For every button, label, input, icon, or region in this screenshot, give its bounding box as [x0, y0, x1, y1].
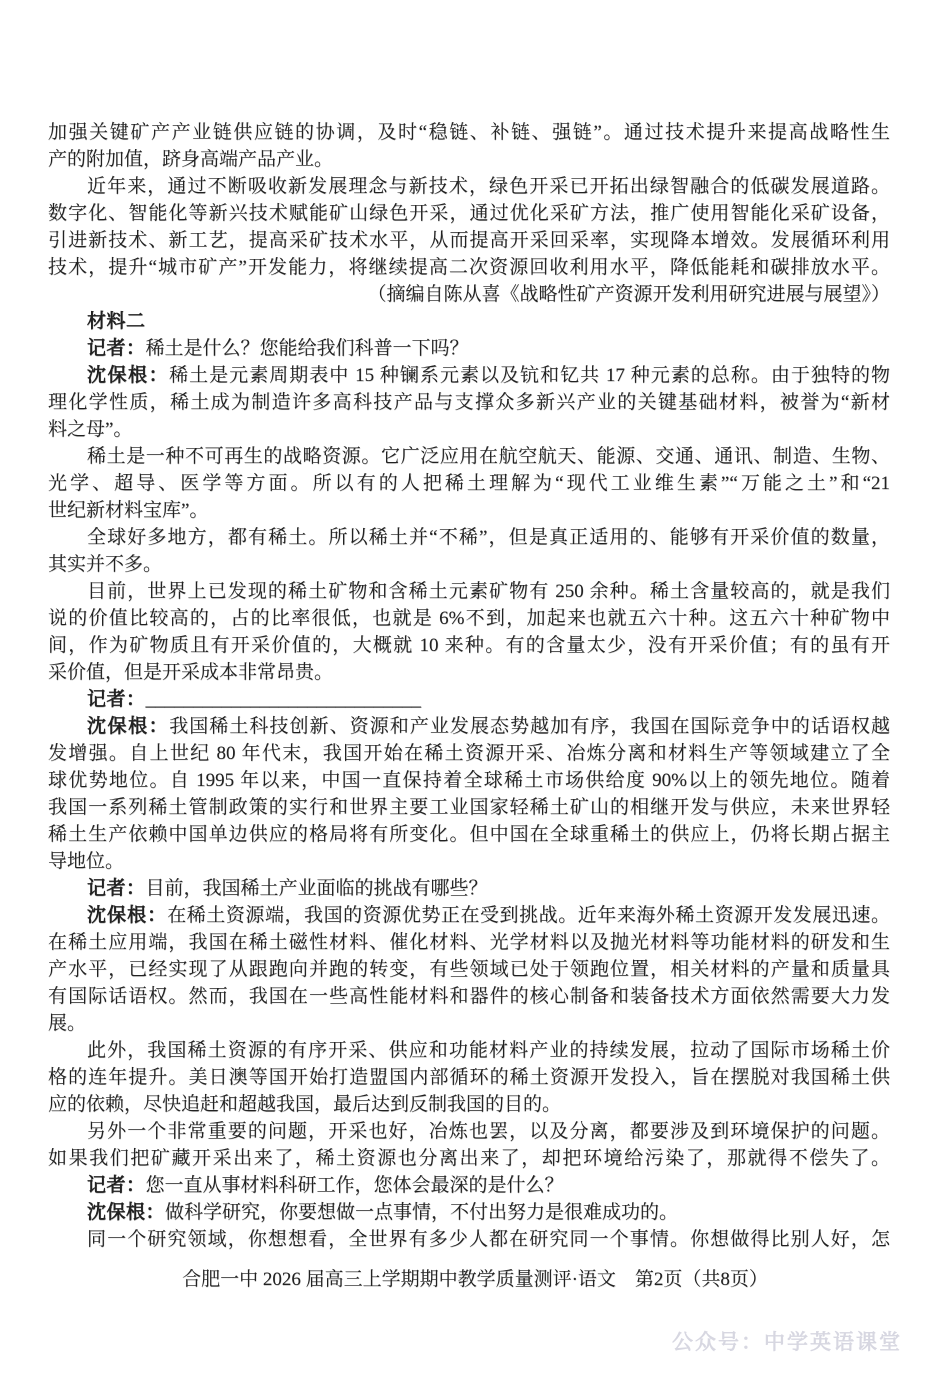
line-text: 我国一系列稀土管制政策的实行和世界主要工业国家轻稀土矿山的相继开发与供应，未来世…	[48, 797, 890, 818]
line-text: 世纪新材料宝库”。	[48, 500, 208, 521]
speaker-label: 沈保根：	[87, 716, 169, 737]
line-text: 目前，我国稀土产业面临的挑战有哪些？	[146, 878, 488, 899]
text-line: 世纪新材料宝库”。	[48, 497, 890, 524]
speaker-label: 记者：	[87, 689, 146, 710]
exam-page: 加强关键矿产产业链供应链的协调，及时“稳链、补链、强链”。通过技术提升来提高战略…	[0, 0, 950, 1376]
page-footer: 合肥一中 2026 届高三上学期期中教学质量测评·语文 第2页（共8页）	[0, 1266, 950, 1293]
line-text: 其实并不多。	[48, 554, 162, 575]
line-text: 稀土是元素周期表中 15 种镧系元素以及钪和钇共 17 种元素的总称。由于独特的…	[169, 365, 890, 386]
speaker-label: 沈保根：	[87, 365, 169, 386]
line-text: 您一直从事材料科研工作，您体会最深的是什么？	[146, 1175, 564, 1196]
line-text: 另外一个非常重要的问题，开采也好，冶炼也罢，以及分离，都要涉及到环境保护的问题。	[87, 1121, 890, 1142]
line-text: 格的连年提升。美日澳等国开始打造盟国内部循环的稀土资源开发投入，旨在摆脱对我国稀…	[48, 1067, 890, 1088]
text-line: 其实并不多。	[48, 551, 890, 578]
line-text: 球优势地位。自 1995 年以来，中国一直保持着全球稀土市场供给度 90%以上的…	[48, 770, 890, 791]
text-line: 同一个研究领域，你想想看，全世界有多少人都在研究同一个事情。你想做得比别人好，怎	[48, 1226, 890, 1253]
text-line: 稀土生产依赖中国单边供应的格局将有所变化。但中国在全球重稀土的供应上，仍将长期占…	[48, 821, 890, 848]
text-line: 引进新技术、新工艺，提高采矿技术水平，从而提高开采回采率，实现降本增效。发展循环…	[48, 227, 890, 254]
line-text: 技术，提升“城市矿产”开发能力，将继续提高二次资源回收利用水平，降低能耗和碳排放…	[48, 257, 890, 278]
text-line: 采价值，但是开采成本非常昂贵。	[48, 659, 890, 686]
text-line: 沈保根：在稀土资源端，我国的资源优势正在受到挑战。近年来海外稀土资源开发发展迅速…	[48, 902, 890, 929]
watermark: 公众号：中学英语课堂	[672, 1326, 932, 1356]
line-text: _____________________________	[146, 689, 422, 710]
text-line: 说的价值比较高的，占的比率很低，也就是 6%不到，加起来也就五六十种。这五六十种…	[48, 605, 890, 632]
line-text: 稀土是一种不可再生的战略资源。它广泛应用在航空航天、能源、交通、通讯、制造、生物…	[87, 446, 890, 467]
line-text: 稀土生产依赖中国单边供应的格局将有所变化。但中国在全球重稀土的供应上，仍将长期占…	[48, 824, 890, 845]
line-text: 导地位。	[48, 851, 124, 872]
text-line: 技术，提升“城市矿产”开发能力，将继续提高二次资源回收利用水平，降低能耗和碳排放…	[48, 254, 890, 281]
speaker-label: 材料二	[87, 311, 146, 332]
text-line: 如果我们把矿藏开采出来了，稀土资源也分离出来了，却把环境给污染了，那就得不偿失了…	[48, 1145, 890, 1172]
text-line: 全球好多地方，都有稀土。所以稀土并“不稀”，但是真正适用的、能够有开采价值的数量…	[48, 524, 890, 551]
text-line: 近年来，通过不断吸收新发展理念与新技术，绿色开采已开拓出绿智融合的低碳发展道路。	[48, 173, 890, 200]
line-text: 同一个研究领域，你想想看，全世界有多少人都在研究同一个事情。你想做得比别人好，怎	[87, 1229, 890, 1250]
line-text: 展。	[48, 1013, 86, 1034]
text-line: 应的依赖，尽快追赶和超越我国，最后达到反制我国的目的。	[48, 1091, 890, 1118]
line-text: 在稀土资源端，我国的资源优势正在受到挑战。近年来海外稀土资源开发发展迅速。	[167, 905, 890, 926]
speaker-label: 沈保根：	[87, 1202, 165, 1223]
text-line: 沈保根：稀土是元素周期表中 15 种镧系元素以及钪和钇共 17 种元素的总称。由…	[48, 362, 890, 389]
line-text: 产的附加值，跻身高端产品产业。	[48, 149, 333, 170]
text-line: （摘编自陈从喜《战略性矿产资源开发利用研究进展与展望》）	[48, 281, 890, 308]
text-line: 沈保根：做科学研究，你要想做一点事情，不付出努力是很难成功的。	[48, 1199, 890, 1226]
text-line: 记者：您一直从事材料科研工作，您体会最深的是什么？	[48, 1172, 890, 1199]
line-text: 此外，我国稀土资源的有序开采、供应和功能材料产业的持续发展，拉动了国际市场稀土价	[87, 1040, 890, 1061]
line-text: 目前，世界上已发现的稀土矿物和含稀土元素矿物有 250 余种。稀土含量较高的，就…	[87, 581, 890, 602]
text-line: 理化学性质，稀土成为制造许多高科技产品与支撑众多新兴产业的关键基础材料，被誉为“…	[48, 389, 890, 416]
line-text: 在稀土应用端，我国在稀土磁性材料、催化材料、光学材料以及抛光材料等功能材料的研发…	[48, 932, 890, 953]
line-text: 有国际话语权。然而，我国在一些高性能材料和器件的核心制备和装备技术方面依然需要大…	[48, 986, 890, 1007]
text-line: 产水平，已经实现了从跟跑向并跑的转变，有些领域已处于领跑位置，相关材料的产量和质…	[48, 956, 890, 983]
line-text: 产水平，已经实现了从跟跑向并跑的转变，有些领域已处于领跑位置，相关材料的产量和质…	[48, 959, 890, 980]
text-line: 间，作为矿物质且有开采价值的，大概就 10 来种。有的含量太少，没有开采价值；有…	[48, 632, 890, 659]
line-text: 全球好多地方，都有稀土。所以稀土并“不稀”，但是真正适用的、能够有开采价值的数量…	[87, 527, 890, 548]
speaker-label: 记者：	[87, 878, 146, 899]
text-line: 我国一系列稀土管制政策的实行和世界主要工业国家轻稀土矿山的相继开发与供应，未来世…	[48, 794, 890, 821]
line-text: 如果我们把矿藏开采出来了，稀土资源也分离出来了，却把环境给污染了，那就得不偿失了…	[48, 1148, 890, 1169]
line-text: 采价值，但是开采成本非常昂贵。	[48, 662, 333, 683]
line-text: 光学、超导、医学等方面。所以有的人把稀土理解为“现代工业维生素”“万能之土”和“…	[48, 473, 890, 494]
text-line: 导地位。	[48, 848, 890, 875]
text-line: 数字化、智能化等新兴技术赋能矿山绿色开采，通过优化采矿方法，推广使用智能化采矿设…	[48, 200, 890, 227]
text-line: 目前，世界上已发现的稀土矿物和含稀土元素矿物有 250 余种。稀土含量较高的，就…	[48, 578, 890, 605]
line-text: 近年来，通过不断吸收新发展理念与新技术，绿色开采已开拓出绿智融合的低碳发展道路。	[87, 176, 890, 197]
line-text: 稀土是什么？您能给我们科普一下吗？	[146, 338, 469, 359]
line-text: 料之母”。	[48, 419, 132, 440]
line-text: 应的依赖，尽快追赶和超越我国，最后达到反制我国的目的。	[48, 1094, 561, 1115]
text-line: 发增强。自上世纪 80 年代末，我国开始在稀土资源开采、冶炼分离和材料生产等领域…	[48, 740, 890, 767]
line-text: 间，作为矿物质且有开采价值的，大概就 10 来种。有的含量太少，没有开采价值；有…	[48, 635, 890, 656]
text-line: 记者：目前，我国稀土产业面临的挑战有哪些？	[48, 875, 890, 902]
text-line: 另外一个非常重要的问题，开采也好，冶炼也罢，以及分离，都要涉及到环境保护的问题。	[48, 1118, 890, 1145]
line-text: 引进新技术、新工艺，提高采矿技术水平，从而提高开采回采率，实现降本增效。发展循环…	[48, 230, 890, 251]
document-body: 加强关键矿产产业链供应链的协调，及时“稳链、补链、强链”。通过技术提升来提高战略…	[48, 119, 890, 1253]
line-text: 数字化、智能化等新兴技术赋能矿山绿色开采，通过优化采矿方法，推广使用智能化采矿设…	[48, 203, 890, 224]
text-line: 记者：_____________________________	[48, 686, 890, 713]
text-line: 光学、超导、医学等方面。所以有的人把稀土理解为“现代工业维生素”“万能之土”和“…	[48, 470, 890, 497]
speaker-label: 记者：	[87, 1175, 146, 1196]
text-line: 球优势地位。自 1995 年以来，中国一直保持着全球稀土市场供给度 90%以上的…	[48, 767, 890, 794]
text-line: 此外，我国稀土资源的有序开采、供应和功能材料产业的持续发展，拉动了国际市场稀土价	[48, 1037, 890, 1064]
line-text: 说的价值比较高的，占的比率很低，也就是 6%不到，加起来也就五六十种。这五六十种…	[48, 608, 890, 629]
text-line: 产的附加值，跻身高端产品产业。	[48, 146, 890, 173]
speaker-label: 记者：	[87, 338, 146, 359]
text-line: 有国际话语权。然而，我国在一些高性能材料和器件的核心制备和装备技术方面依然需要大…	[48, 983, 890, 1010]
text-line: 料之母”。	[48, 416, 890, 443]
line-text: 加强关键矿产产业链供应链的协调，及时“稳链、补链、强链”。通过技术提升来提高战略…	[48, 122, 890, 143]
text-line: 展。	[48, 1010, 890, 1037]
speaker-label: 沈保根：	[87, 905, 167, 926]
text-line: 记者：稀土是什么？您能给我们科普一下吗？	[48, 335, 890, 362]
line-text: 做科学研究，你要想做一点事情，不付出努力是很难成功的。	[165, 1202, 678, 1223]
text-line: 在稀土应用端，我国在稀土磁性材料、催化材料、光学材料以及抛光材料等功能材料的研发…	[48, 929, 890, 956]
text-line: 材料二	[48, 308, 890, 335]
text-line: 沈保根：我国稀土科技创新、资源和产业发展态势越加有序，我国在国际竞争中的话语权越	[48, 713, 890, 740]
line-text: （摘编自陈从喜《战略性矿产资源开发利用研究进展与展望》）	[367, 284, 890, 305]
line-text: 发增强。自上世纪 80 年代末，我国开始在稀土资源开采、冶炼分离和材料生产等领域…	[48, 743, 890, 764]
line-text: 理化学性质，稀土成为制造许多高科技产品与支撑众多新兴产业的关键基础材料，被誉为“…	[48, 392, 890, 413]
text-line: 格的连年提升。美日澳等国开始打造盟国内部循环的稀土资源开发投入，旨在摆脱对我国稀…	[48, 1064, 890, 1091]
text-line: 加强关键矿产产业链供应链的协调，及时“稳链、补链、强链”。通过技术提升来提高战略…	[48, 119, 890, 146]
text-line: 稀土是一种不可再生的战略资源。它广泛应用在航空航天、能源、交通、通讯、制造、生物…	[48, 443, 890, 470]
line-text: 我国稀土科技创新、资源和产业发展态势越加有序，我国在国际竞争中的话语权越	[169, 716, 890, 737]
